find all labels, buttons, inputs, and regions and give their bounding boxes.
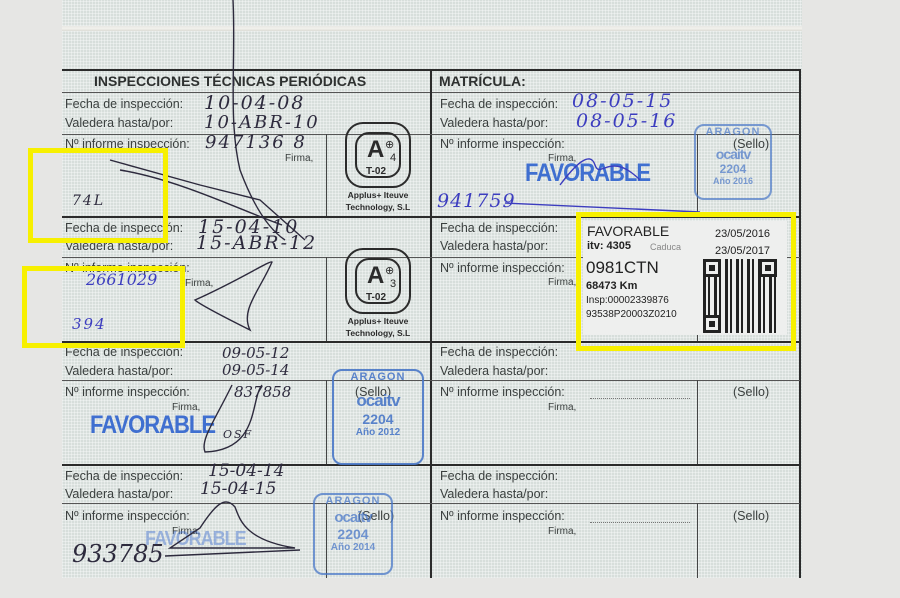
valedera-label: Valedera hasta/por:: [440, 116, 548, 130]
valid-until: 09-05-14: [222, 361, 289, 379]
report-number: 933785: [72, 540, 164, 568]
favorable-stamp: FAVORABLE: [90, 410, 215, 440]
highlight-box: [576, 212, 796, 351]
fecha-label: Fecha de inspección:: [65, 97, 183, 111]
informe-label: Nº informe inspección:: [440, 385, 565, 399]
firma-label: Firma,: [548, 402, 576, 413]
informe-field: [590, 397, 690, 399]
informe-label: Nº informe inspección:: [65, 509, 190, 523]
favorable-stamp: FAVORABLE: [525, 158, 650, 188]
firma-label: Firma,: [185, 278, 213, 289]
sello-divider: [326, 380, 327, 464]
sello-divider: [697, 503, 698, 578]
oca-itv-stamp: ARAGON ocaitv 2204 Año 2012: [332, 369, 424, 465]
valedera-label: Valedera hasta/por:: [65, 487, 173, 501]
firma-label: Firma,: [548, 526, 576, 537]
applus-stamp: A ⊕ 4 T-02 Applus+ Iteuve Technology, S.…: [332, 122, 424, 212]
page-crease: [62, 26, 802, 31]
valid-until: 08-05-16: [576, 110, 677, 132]
plate-title: MATRÍCULA:: [439, 73, 526, 89]
fecha-label: Fecha de inspección:: [440, 97, 558, 111]
valid-until: 10-ABR-10: [204, 112, 320, 133]
report-number: 941759: [437, 190, 516, 212]
applus-stamp: A ⊕ 3 T-02 Applus+ Iteuve Technology, S.…: [332, 248, 424, 338]
sello-divider: [326, 134, 327, 216]
highlight-box: [28, 148, 168, 243]
inspection-date: 08-05-15: [572, 90, 673, 112]
valedera-label: Valedera hasta/por:: [65, 364, 173, 378]
oca-itv-stamp: ARAGON ocaitv 2204 Año 2016: [694, 124, 772, 200]
valedera-label: Valedera hasta/por:: [65, 116, 173, 130]
row4-mid-rule: [62, 503, 800, 504]
inspection-date: 09-05-12: [222, 344, 289, 362]
valedera-label: Valedera hasta/por:: [440, 239, 548, 253]
row3-mid-rule: [62, 380, 800, 381]
sello-divider: [697, 380, 698, 464]
oca-itv-stamp: ARAGON ocaitv 2204 Año 2014: [313, 493, 393, 575]
report-number: 947136 8: [205, 132, 307, 153]
valid-until: 15-04-15: [200, 479, 276, 499]
sello-label: (Sello): [733, 509, 769, 523]
informe-field: [590, 521, 690, 523]
row3-bottom-rule: [62, 464, 800, 466]
sello-divider: [326, 257, 327, 341]
right-edge-rule: [799, 69, 801, 578]
inspection-date: 15-04-14: [208, 461, 284, 481]
informe-label: Nº informe inspección:: [65, 385, 190, 399]
valid-until: 15-ABR-12: [196, 232, 317, 254]
firma-label: Firma,: [548, 277, 576, 288]
informe-label: Nº informe inspección:: [440, 261, 565, 275]
initials: OSF: [223, 428, 253, 441]
row1-mid-rule: [62, 134, 800, 135]
sello-label: (Sello): [733, 385, 769, 399]
inspection-date: 10-04-08: [204, 92, 305, 114]
informe-label: Nº informe inspección:: [440, 509, 565, 523]
firma-label: Firma,: [285, 153, 313, 164]
report-number: 837858: [234, 383, 291, 401]
fecha-label: Fecha de inspección:: [440, 221, 558, 235]
fecha-label: Fecha de inspección:: [440, 469, 558, 483]
section-title: INSPECCIONES TÉCNICAS PERIÓDICAS: [94, 73, 366, 89]
informe-label: Nº informe inspección:: [440, 137, 565, 151]
valedera-label: Valedera hasta/por:: [440, 487, 548, 501]
fecha-label: Fecha de inspección:: [65, 469, 183, 483]
highlight-box: [22, 266, 185, 348]
column-divider: [430, 69, 432, 578]
valedera-label: Valedera hasta/por:: [440, 364, 548, 378]
fecha-label: Fecha de inspección:: [440, 345, 558, 359]
